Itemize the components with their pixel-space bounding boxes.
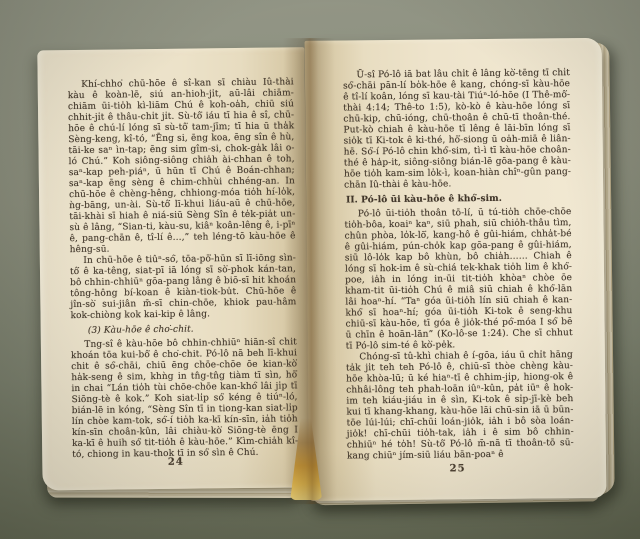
paragraph: In chū-hōe ê tiûⁿ-só͘, tōa-pō͘-hūn sī lī… <box>70 253 297 322</box>
right-page-text: Ū-sî Pó-lô iā bat lâu chi̍t ê lâng kò͘-t… <box>343 68 574 462</box>
left-page-number: 24 <box>42 455 309 469</box>
paragraph: Tng-sî ê kàu-hōe bô chhin-chhiūⁿ hiān-sî… <box>71 337 298 461</box>
paragraph: Chóng-sī tû-khì chiah ê í-gōa, iáu ū chi… <box>346 350 574 462</box>
section-heading: II. Pó-lô ūi kàu-hōe ê khó͘-sim. <box>344 193 571 206</box>
section-heading: (3) Kàu-hōe ê cho͘-chit. <box>71 323 297 337</box>
open-book: Khí-chho͘ chū-hōe ê sî-kan sī chiàu Iû-t… <box>37 36 619 511</box>
right-page: Ū-sî Pó-lô iā bat lâu chi̍t ê lâng kò͘-t… <box>305 38 607 501</box>
paragraph: Pó-lô ūi-tio̍h thoân tō-lí, ū tú-tio̍h c… <box>344 207 572 352</box>
photo-background: Khí-chho͘ chū-hōe ê sî-kan sī chiàu Iû-t… <box>0 0 640 539</box>
left-page-text: Khí-chho͘ chū-hōe ê sî-kan sī chiàu Iû-t… <box>68 77 299 461</box>
left-page: Khí-chho͘ chū-hōe ê sî-kan sī chiàu Iû-t… <box>37 47 309 490</box>
paragraph: Khí-chho͘ chū-hōe ê sî-kan sī chiàu Iû-t… <box>68 77 296 256</box>
right-page-number: 25 <box>309 462 606 476</box>
paragraph: Ū-sî Pó-lô iā bat lâu chi̍t ê lâng kò͘-t… <box>343 68 571 191</box>
